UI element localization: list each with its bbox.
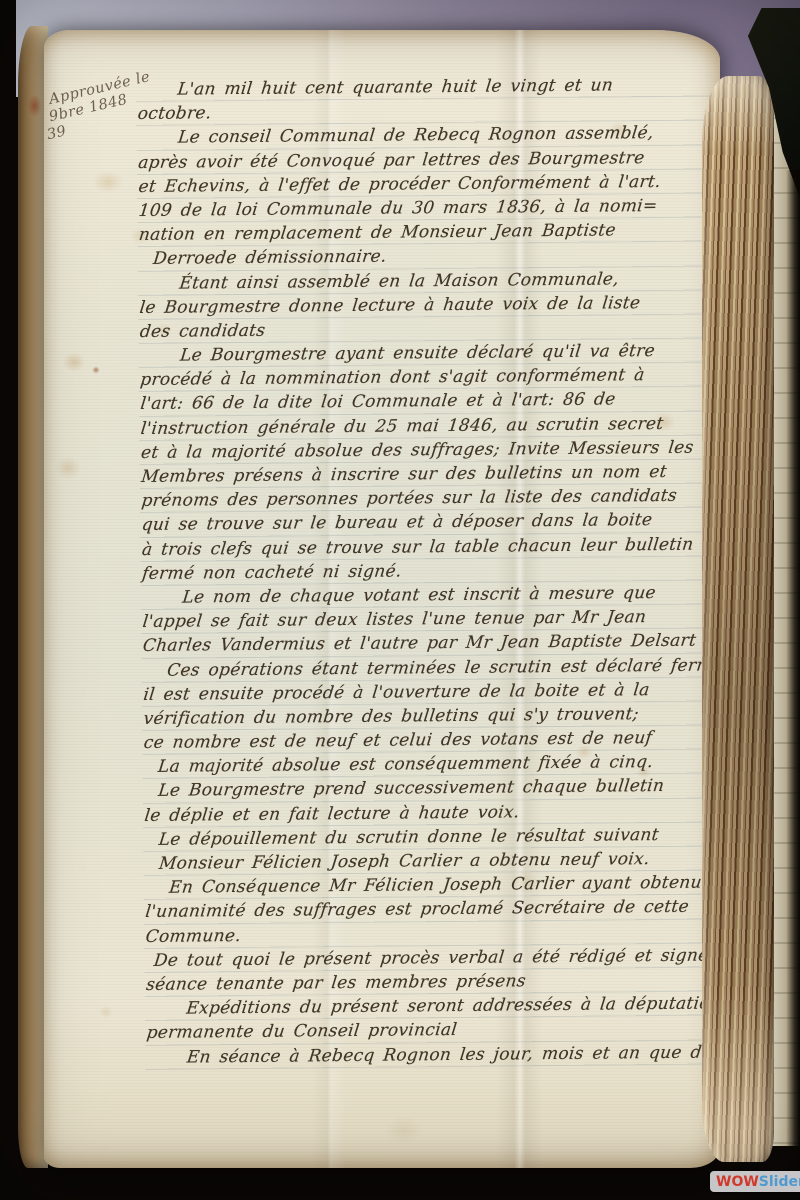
manuscript-line-text: l'instruction générale du 25 mai 1846, a… [139,413,664,441]
manuscript-line-text: le déplie et en fait lecture à haute voi… [143,801,521,828]
manuscript-line-text: après avoir été Convoqué par lettres des… [137,147,646,175]
wowslider-watermark[interactable]: WOWSlider [710,1171,800,1192]
manuscript-line-text: 109 de la loi Communale du 30 mars 1836,… [137,195,658,223]
manuscript-line-text: séance tenante par les membres présens [145,970,527,997]
watermark-wow-text: WOW [716,1174,759,1190]
manuscript-line-text: Le Bourgmestre ayant ensuite déclaré qu'… [179,340,656,368]
manuscript-line-text: L'an mil huit cent quarante huit le ving… [176,74,614,101]
manuscript-page: Approuvée le 9bre 1848 39 L'an mil huit … [44,30,720,1168]
manuscript-line-text: Derroede démissionnaire. [152,246,388,271]
book-gutter-page-edges [702,76,774,1162]
manuscript-line-text: il est ensuite procédé à l'ouverture de … [142,679,651,707]
manuscript-line-text: Le Bourgmestre prend successivement chaq… [157,775,666,803]
book-photograph: Approuvée le 9bre 1848 39 L'an mil huit … [0,0,800,1200]
manuscript-line-text: vérification du nombre des bulletins qui… [142,703,640,731]
manuscript-line-text: Monsieur Félicien Joseph Carlier a obten… [158,848,651,876]
watermark-slider-text: Slider [759,1174,800,1190]
manuscript-line-text: Le nom de chaque votant est inscrit à me… [181,582,657,610]
manuscript-line-text: Le dépouillement du scrutin donne le rés… [157,824,660,852]
manuscript-line-text: Ces opérations étant terminées le scruti… [166,654,730,682]
book-right-shadow [786,170,800,1180]
manuscript-line: En séance à Rebecq Rognon les jour, mois… [145,1040,731,1070]
manuscript-line-text: En séance à Rebecq Rognon les jour, mois… [186,1041,752,1069]
manuscript-line-text: Commune. [144,925,242,949]
manuscript-line-text: et Echevins, à l'effet de procéder Confo… [137,171,662,199]
manuscript-line-text: fermé non cacheté ni signé. [141,560,403,586]
manuscript-line-text: des candidats [139,320,267,344]
manuscript-line-text: le Bourgmestre donne lecture à haute voi… [138,292,641,320]
manuscript-line-text: permanente du Conseil provincial [145,1019,458,1045]
manuscript-text: L'an mil huit cent quarante huit le ving… [136,72,731,1069]
manuscript-line-text: à trois clefs qui se trouve sur la table… [141,533,695,561]
manuscript-line-text: nation en remplacement de Monsieur Jean … [138,220,617,248]
manuscript-line-text: Étant ainsi assemblé en la Maison Commun… [178,268,620,295]
